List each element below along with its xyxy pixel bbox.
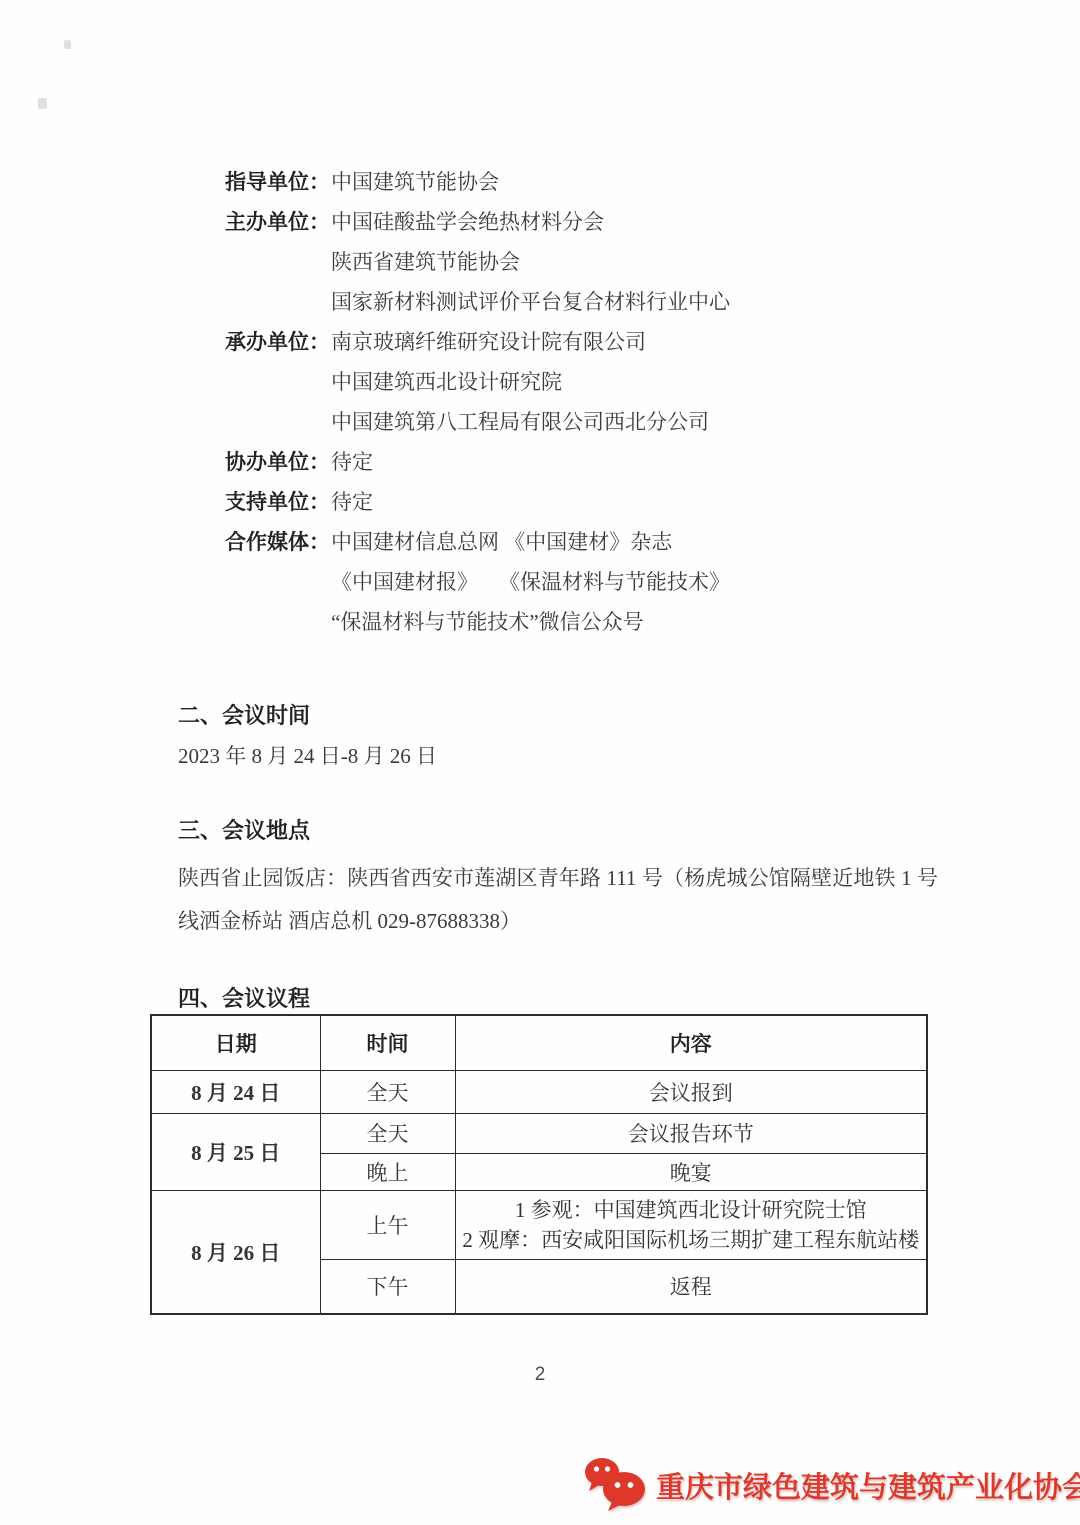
section-heading-meeting-time: 二、会议时间 (178, 699, 310, 730)
agenda-content-cell: 会议报到 (455, 1070, 927, 1113)
agenda-date-cell: 8 月 26 日 (151, 1190, 320, 1314)
scan-artifact (64, 40, 71, 49)
agenda-content-cell: 返程 (455, 1259, 927, 1314)
organizer-label: 协办单位： (225, 442, 331, 482)
meeting-location-text: 陕西省止园饭店：陕西省西安市莲湖区青年路 111 号（杨虎城公馆隔壁近地铁 1 … (178, 857, 938, 943)
organizer-value: 《中国建材报》 《保温材料与节能技术》 (331, 570, 730, 594)
organizer-row: 《中国建材报》 《保温材料与节能技术》 (225, 562, 730, 602)
organizer-row: 中国建筑第八工程局有限公司西北分公司 (225, 402, 730, 442)
organizer-row: 国家新材料测试评价平台复合材料行业中心 (225, 282, 730, 322)
agenda-date-cell: 8 月 25 日 (151, 1113, 320, 1190)
organizer-label: 合作媒体： (225, 522, 331, 562)
organizer-value: 中国硅酸盐学会绝热材料分会 (331, 210, 604, 234)
watermark-text: 重庆市绿色建筑与建筑产业化协会 (656, 1465, 1080, 1506)
agenda-header-time: 时间 (320, 1015, 455, 1070)
organizer-value: 待定 (331, 450, 373, 474)
agenda-time-cell: 晚上 (320, 1153, 455, 1190)
agenda-time-cell: 下午 (320, 1259, 455, 1314)
organizer-value: 南京玻璃纤维研究设计院有限公司 (331, 330, 646, 354)
agenda-row: 8 月 26 日 上午 1 参观：中国建筑西北设计研究院士馆 2 观摩：西安咸阳… (151, 1190, 927, 1259)
agenda-content-cell: 1 参观：中国建筑西北设计研究院士馆 2 观摩：西安咸阳国际机场三期扩建工程东航… (455, 1190, 927, 1259)
organizer-row: 指导单位：中国建筑节能协会 (225, 162, 730, 202)
agenda-content-cell: 晚宴 (455, 1153, 927, 1190)
organizer-label: 承办单位： (225, 322, 331, 362)
organizer-value: 中国建筑第八工程局有限公司西北分公司 (331, 410, 709, 434)
agenda-content-cell: 会议报告环节 (455, 1113, 927, 1153)
organizer-value: 待定 (331, 490, 373, 514)
section-heading-meeting-location: 三、会议地点 (178, 814, 310, 845)
organizer-row: 陕西省建筑节能协会 (225, 242, 730, 282)
organizer-row: 中国建筑西北设计研究院 (225, 362, 730, 402)
agenda-table: 日期 时间 内容 8 月 24 日 全天 会议报到 8 月 25 日 全天 会议… (150, 1014, 928, 1315)
agenda-header-row: 日期 时间 内容 (151, 1015, 927, 1070)
organizer-row: 承办单位：南京玻璃纤维研究设计院有限公司 (225, 322, 730, 362)
organizer-row: 主办单位：中国硅酸盐学会绝热材料分会 (225, 202, 730, 242)
agenda-date-cell: 8 月 24 日 (151, 1070, 320, 1113)
document-page: 指导单位：中国建筑节能协会 主办单位：中国硅酸盐学会绝热材料分会 陕西省建筑节能… (0, 0, 1080, 1525)
agenda-row: 8 月 25 日 全天 会议报告环节 (151, 1113, 927, 1153)
organizer-value: 国家新材料测试评价平台复合材料行业中心 (331, 290, 730, 314)
section-heading-agenda: 四、会议议程 (178, 982, 310, 1013)
agenda-header-date: 日期 (151, 1015, 320, 1070)
agenda-time-cell: 全天 (320, 1113, 455, 1153)
organizer-row: 支持单位：待定 (225, 482, 730, 522)
organizer-label: 支持单位： (225, 482, 331, 522)
organizer-value: 陕西省建筑节能协会 (331, 250, 520, 274)
agenda-time-cell: 上午 (320, 1190, 455, 1259)
footer-watermark: 重庆市绿色建筑与建筑产业化协会 (582, 1456, 1080, 1514)
organizer-row: “保温材料与节能技术”微信公众号 (225, 602, 730, 642)
organizer-value: 中国建材信息总网 《中国建材》杂志 (331, 530, 672, 554)
wechat-icon (582, 1456, 648, 1514)
agenda-time-cell: 全天 (320, 1070, 455, 1113)
organizer-value: 中国建筑节能协会 (331, 170, 499, 194)
organizer-label: 指导单位： (225, 162, 331, 202)
agenda-row: 8 月 24 日 全天 会议报到 (151, 1070, 927, 1113)
organizer-value: 中国建筑西北设计研究院 (331, 370, 562, 394)
organizer-label: 主办单位： (225, 202, 331, 242)
scan-artifact (38, 98, 47, 109)
organizer-row: 协办单位：待定 (225, 442, 730, 482)
page-number: 2 (528, 1364, 552, 1386)
agenda-content-line: 1 参观：中国建筑西北设计研究院士馆 (456, 1195, 927, 1225)
agenda-content-line: 2 观摩：西安咸阳国际机场三期扩建工程东航站楼 (456, 1225, 927, 1255)
organizer-row: 合作媒体：中国建材信息总网 《中国建材》杂志 (225, 522, 730, 562)
organizer-value: “保温材料与节能技术”微信公众号 (331, 610, 644, 634)
agenda-header-content: 内容 (455, 1015, 927, 1070)
meeting-time-text: 2023 年 8 月 24 日-8 月 26 日 (178, 740, 437, 770)
organizer-list: 指导单位：中国建筑节能协会 主办单位：中国硅酸盐学会绝热材料分会 陕西省建筑节能… (225, 162, 730, 642)
